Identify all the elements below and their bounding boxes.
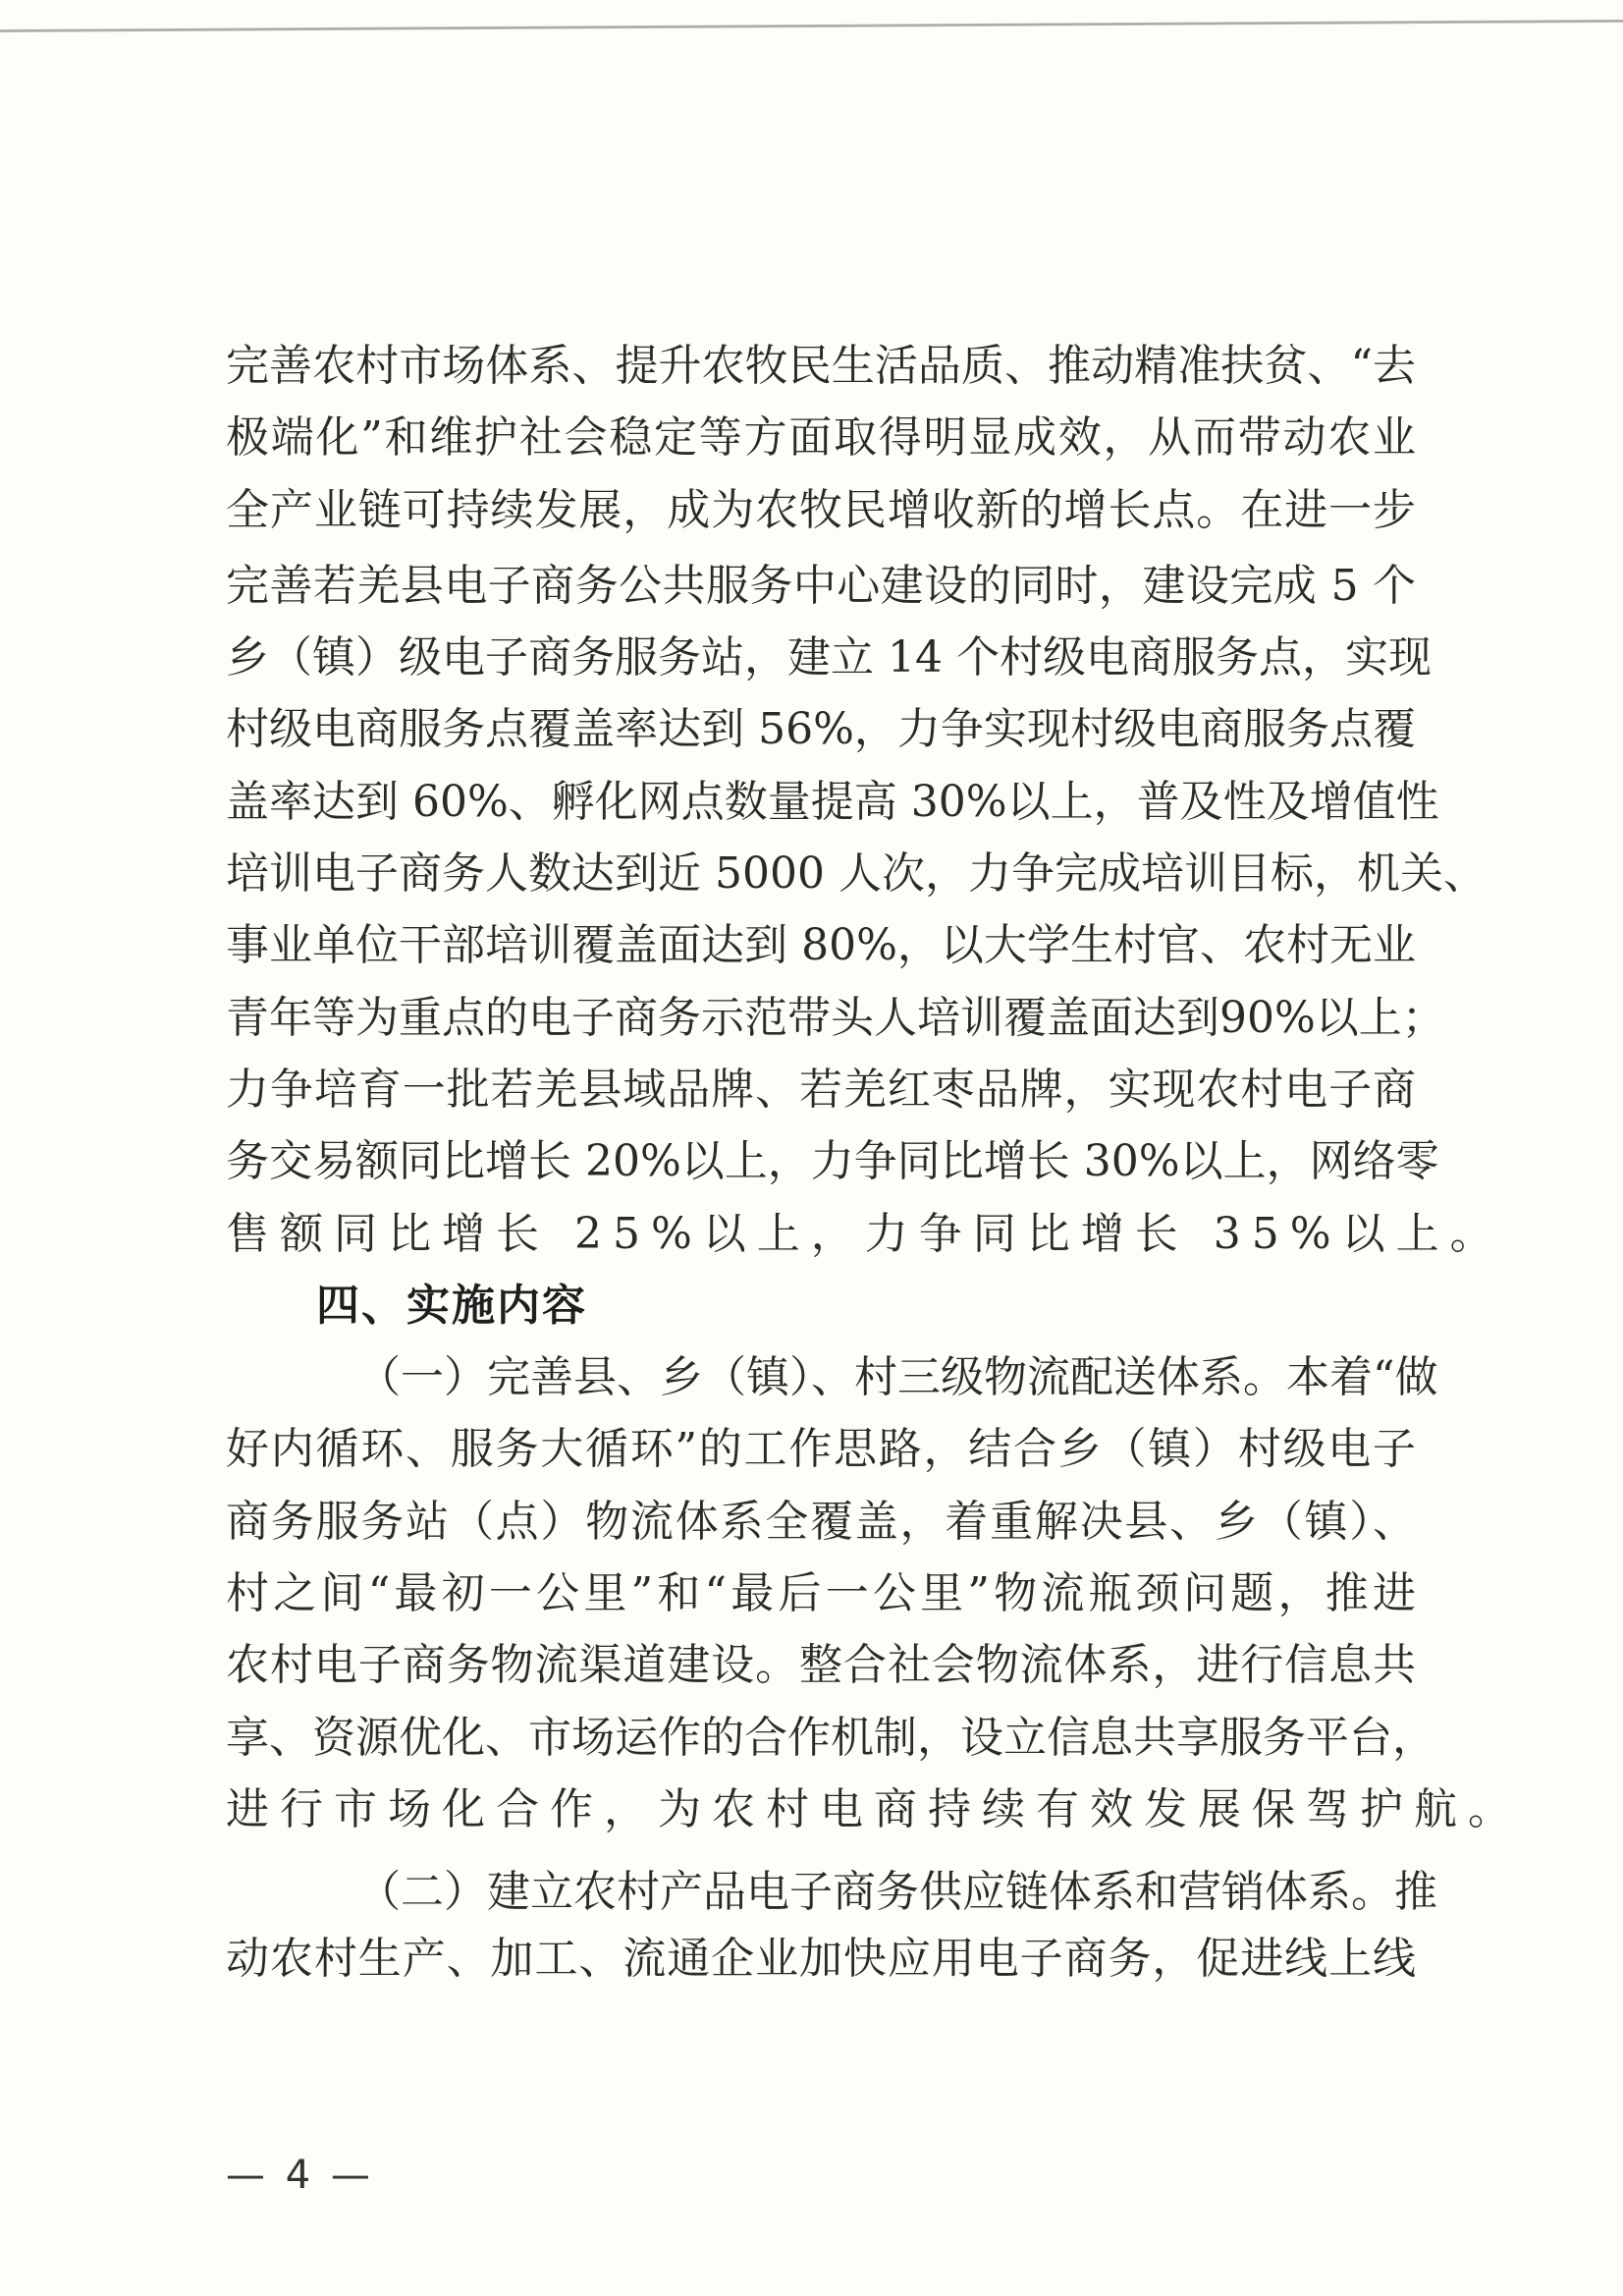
body-line: 乡（镇）级电子商务服务站，建立 14 个村级电商服务点，实现 xyxy=(226,629,1416,687)
body-line: 动农村生产、加工、流通企业加快应用电子商务，促进线上线 xyxy=(226,1930,1416,1989)
body-line: 青年等为重点的电子商务示范带头人培训覆盖面达到90%以上； xyxy=(226,989,1416,1048)
body-line: 村之间“最初一公里”和“最后一公里”物流瓶颈问题，推进 xyxy=(226,1564,1416,1623)
body-line: 培训电子商务人数达到近 5000 人次，力争完成培训目标，机关、 xyxy=(226,845,1416,903)
body-line: 售额同比增长 25%以上，力争同比增长 35%以上。 xyxy=(226,1205,1416,1264)
page-number: — 4 — xyxy=(226,2151,374,2200)
body-line: 好内循环、服务大循环”的工作思路，结合乡（镇）村级电子 xyxy=(226,1420,1416,1479)
body-line: 极端化”和维护社会稳定等方面取得明显成效，从而带动农业 xyxy=(226,409,1416,467)
body-line: 全产业链可持续发展，成为农牧民增收新的增长点。在进一步 xyxy=(226,481,1416,540)
body-line: 农村电子商务物流渠道建设。整合社会物流体系，进行信息共 xyxy=(226,1636,1416,1695)
body-line: 务交易额同比增长 20%以上，力争同比增长 30%以上，网络零 xyxy=(226,1132,1416,1191)
body-line: 盖率达到 60%、孵化网点数量提高 30%以上，普及性及增值性 xyxy=(226,773,1416,832)
body-line: 商务服务站（点）物流体系全覆盖，着重解决县、乡（镇）、 xyxy=(226,1493,1416,1552)
subsection-heading-line: （二）建立农村产品电子商务供应链体系和营销体系。推 xyxy=(357,1863,1416,1922)
body-line: 力争培育一批若羌县域品牌、若羌红枣品牌，实现农村电子商 xyxy=(226,1061,1416,1120)
subsection-heading-line: （一）完善县、乡（镇）、村三级物流配送体系。本着“做 xyxy=(357,1348,1416,1407)
body-line: 享、资源优化、市场运作的合作机制，设立信息共享服务平台， xyxy=(226,1709,1416,1768)
body-line: 事业单位干部培训覆盖面达到 80%，以大学生村官、农村无业 xyxy=(226,916,1416,975)
section-heading: 四、实施内容 xyxy=(316,1277,1506,1336)
body-line: 村级电商服务点覆盖率达到 56%，力争实现村级电商服务点覆 xyxy=(226,700,1416,759)
header-rule xyxy=(0,20,1623,32)
body-line: 进行市场化合作，为农村电商持续有效发展保驾护航。 xyxy=(226,1780,1416,1839)
body-line: 完善农村市场体系、提升农牧民生活品质、推动精准扶贫、“去 xyxy=(226,337,1416,396)
body-line: 完善若羌县电子商务公共服务中心建设的同时，建设完成 5 个 xyxy=(226,557,1416,616)
